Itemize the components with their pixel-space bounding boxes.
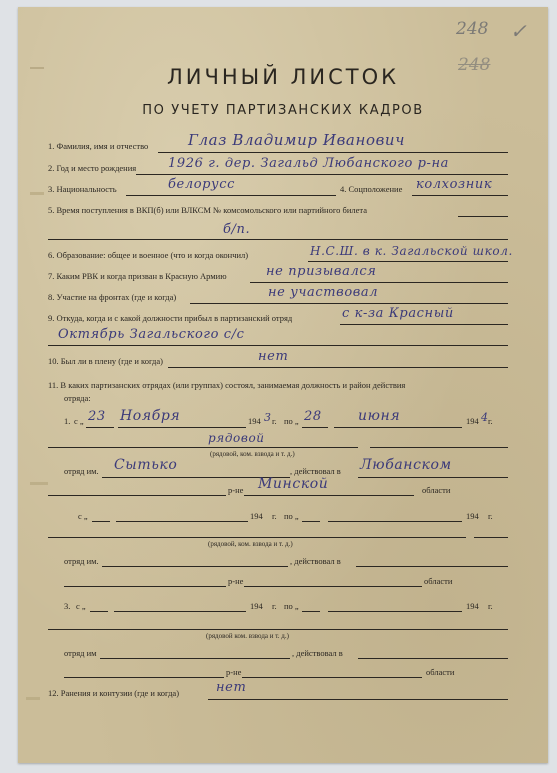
position-caption: (рядовой ком. взвода и т. д.) (206, 632, 289, 640)
from-year-hw: 3 (264, 411, 272, 424)
field-label-education: 6. Образование: общее и военное (что и к… (48, 250, 248, 260)
page-subtitle: ПО УЧЕТУ ПАРТИЗАНСКИХ КАДРОВ (18, 103, 548, 118)
field-label-wounds: 12. Ранения и контузии (где и когда) (48, 688, 179, 698)
captivity-value: нет (258, 349, 288, 364)
to-year-suffix: г. (488, 511, 493, 521)
paper-wear-mark (30, 67, 44, 69)
position-line (48, 537, 466, 538)
acted-in-value: Любанском (360, 457, 452, 473)
to-prefix: по „ (284, 511, 299, 521)
to-year-printed: 194 (466, 511, 479, 521)
acted-line (358, 477, 508, 478)
from-day-line (86, 427, 114, 428)
from-prefix: с „ (76, 601, 86, 611)
fronts-line (190, 303, 508, 304)
page-title: ЛИЧНЫЙ ЛИСТОК (18, 65, 548, 89)
party-value: б/п. (223, 222, 250, 237)
district-label: р-не (228, 485, 243, 495)
unit-label: отряд им (64, 648, 97, 658)
from-year-printed: 194 (250, 601, 263, 611)
wounds-line (208, 699, 508, 700)
entry-index: 3. (64, 601, 70, 611)
district-line-left (64, 677, 224, 678)
region-label: области (426, 667, 454, 677)
to-prefix: по „ (284, 416, 299, 426)
wounds-value: нет (216, 680, 246, 695)
arrival-line-2 (48, 345, 508, 346)
district-line-right (244, 495, 414, 496)
field-label-full-name: 1. Фамилия, имя и отчество (48, 141, 148, 151)
position-caption: (рядовой, ком. взвода и т. д.) (208, 540, 293, 548)
paper-wear-mark (30, 192, 44, 195)
birth-value: 1926 г. дер. Загальд Любанского р-на (168, 156, 449, 171)
paper-wear-mark (30, 482, 48, 485)
position-line (48, 629, 508, 630)
arrival-line-1 (340, 324, 508, 325)
party-line-2 (48, 239, 508, 240)
to-month: июня (358, 408, 400, 424)
document-page: 248 ✓ 248 ЛИЧНЫЙ ЛИСТОК ПО УЧЕТУ ПАРТИЗА… (18, 7, 548, 763)
unit-name: Сытько (114, 457, 177, 473)
army-value: не призывался (266, 264, 376, 279)
year-suffix: г. (272, 511, 277, 521)
unit-label: отряд им. (64, 556, 99, 566)
to-month-line (328, 521, 462, 522)
acted-line (358, 658, 508, 659)
from-year-printed: 194 (248, 416, 261, 426)
field-label-captivity: 10. Был ли в плену (где и когда) (48, 356, 163, 366)
to-day-line (302, 521, 320, 522)
check-mark-icon: ✓ (510, 19, 527, 43)
acted-label: , действовал в (292, 648, 343, 658)
arrival-value: с к-за Красный (342, 306, 454, 321)
social-status-line (412, 195, 508, 196)
position-value: рядовой (208, 431, 265, 445)
unit-line (102, 566, 288, 567)
to-month-line (334, 427, 462, 428)
region-label: области (422, 485, 450, 495)
fronts-value: не участвовал (268, 285, 378, 300)
full-name-line (158, 152, 508, 153)
field-label-arrival: 9. Откуда, когда и с какой должности при… (48, 313, 292, 323)
from-day: 23 (88, 409, 106, 424)
to-year-printed: 194 (466, 416, 479, 426)
to-year-suffix: г. (488, 601, 493, 611)
field-label-detachments-2: отряда: (64, 393, 91, 403)
to-year-suffix: г. (488, 416, 493, 426)
to-day: 28 (304, 409, 322, 424)
district-line-right (242, 677, 422, 678)
field-label-army: 7. Каким РВК и когда призван в Красную А… (48, 271, 227, 281)
unit-label: отряд им. (64, 466, 99, 476)
field-label-nationality: 3. Национальность (48, 184, 117, 194)
district-line-left (48, 495, 226, 496)
to-day-line (302, 611, 320, 612)
archive-number: 248 (456, 19, 488, 39)
district-label: р-не (228, 576, 243, 586)
from-day-line (90, 611, 108, 612)
region-label: области (424, 576, 452, 586)
captivity-line (168, 367, 508, 368)
acted-label: , действовал в (290, 556, 341, 566)
party-line-1 (458, 216, 508, 217)
full-name-value: Глаз Владимир Иванович (188, 131, 405, 149)
social-status-value: колхозник (416, 177, 492, 192)
from-month-line (114, 611, 246, 612)
paper-wear-mark (26, 697, 40, 700)
to-month-line (328, 611, 462, 612)
district-line-left (64, 586, 226, 587)
acted-label: , действовал в (290, 466, 341, 476)
entry-index: 1. (64, 416, 70, 426)
district-line-right (244, 586, 422, 587)
to-prefix: по „ (284, 601, 299, 611)
field-label-birth: 2. Год и место рождения (48, 163, 136, 173)
acted-line (356, 566, 508, 567)
field-label-social-status: 4. Соцположение (340, 184, 402, 194)
birth-line (136, 174, 508, 175)
from-year-printed: 194 (250, 511, 263, 521)
year-suffix: г. (272, 416, 277, 426)
education-line (308, 261, 508, 262)
position-line (48, 447, 358, 448)
arrival-value-line2: Октябрь Загальского с/с (58, 327, 245, 342)
to-year-printed: 194 (466, 601, 479, 611)
army-line (250, 282, 508, 283)
position-line-right (370, 447, 508, 448)
field-label-detachments: 11. В каких партизанских отрядах (или гр… (48, 380, 405, 390)
from-prefix: с „ (74, 416, 84, 426)
education-value: Н.С.Ш. в к. Загальской школ. (310, 244, 513, 258)
region-value: Минской (258, 476, 328, 492)
field-label-party: 5. Время поступления в ВКП(б) или ВЛКСМ … (48, 205, 367, 215)
district-label: р-не (226, 667, 241, 677)
nationality-line (126, 195, 336, 196)
from-prefix: с „ (78, 511, 88, 521)
from-month-line (118, 427, 246, 428)
year-suffix: г. (272, 601, 277, 611)
to-day-line (302, 427, 328, 428)
from-month: Ноября (120, 408, 180, 424)
field-label-fronts: 8. Участие на фронтах (где и когда) (48, 292, 176, 302)
unit-line (100, 658, 290, 659)
from-month-line (116, 521, 248, 522)
position-caption: (рядовой, ком. взвода и т. д.) (210, 450, 295, 458)
nationality-value: белорусс (168, 177, 235, 192)
from-day-line (92, 521, 110, 522)
position-line-right (474, 537, 508, 538)
